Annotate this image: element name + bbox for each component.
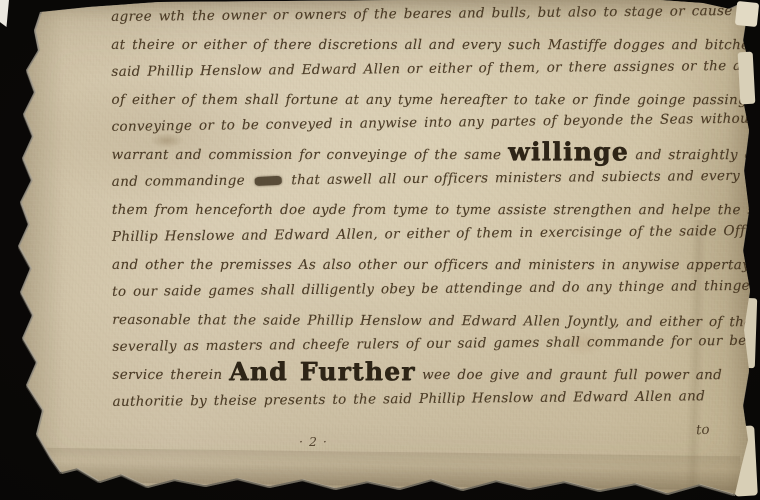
line-text: to our saide games shall dilligently obe… bbox=[112, 278, 757, 300]
manuscript-photo: agree wth the owner or owners of the bea… bbox=[0, 0, 760, 500]
line-text: agree wth the owner or owners of the bea… bbox=[111, 2, 760, 25]
line-text: warrant and commission for conveyinge of… bbox=[112, 146, 508, 162]
paper-surface: agree wth the owner or owners of the bea… bbox=[0, 0, 760, 500]
line-text: and other the premisses As also other ou… bbox=[112, 256, 760, 272]
line-text: at theire or either of there discretions… bbox=[111, 36, 760, 52]
paper-sheet: agree wth the owner or owners of the bea… bbox=[0, 0, 760, 500]
text-line: reasonable that the saide Phillip Henslo… bbox=[112, 311, 760, 330]
text-line: Phillip Henslowe and Edward Allen, or ei… bbox=[112, 223, 760, 246]
text-line: and commandinge that aswell all our offi… bbox=[112, 168, 760, 191]
line-text: and commandinge bbox=[112, 173, 252, 190]
emphasis-word: And Further bbox=[229, 356, 415, 385]
text-line: conveyinge or to be conveyed in anywise … bbox=[111, 110, 760, 136]
manuscript-text: agree wth the owner or owners of the bea… bbox=[0, 0, 760, 500]
line-text: them from henceforth doe ayde from tyme … bbox=[112, 201, 760, 217]
text-line: agree wth the owner or owners of the bea… bbox=[111, 2, 760, 26]
text-line: to our saide games shall dilligently obe… bbox=[112, 278, 757, 301]
line-text: service therein bbox=[112, 366, 229, 382]
text-line: at theire or either of there discretions… bbox=[111, 36, 760, 53]
text-line: warrant and commission for conveyinge of… bbox=[112, 146, 760, 163]
ink-deletion-mark bbox=[254, 176, 281, 186]
line-text: and straightly chargeinge bbox=[629, 147, 760, 163]
line-text: authoritie by theise presents to the sai… bbox=[112, 388, 705, 410]
text-line: authoritie by theise presents to the sai… bbox=[112, 388, 705, 411]
catchword: to bbox=[696, 422, 710, 439]
line-text: that aswell all our officers ministers a… bbox=[285, 168, 760, 189]
paper-tear-fragment bbox=[735, 1, 759, 27]
line-text: of either of them shall fortune at any t… bbox=[111, 91, 760, 107]
text-line: severally as masters and cheefe rulers o… bbox=[112, 333, 760, 356]
line-text: severally as masters and cheefe rulers o… bbox=[112, 333, 760, 355]
paper-tear-fragment bbox=[738, 52, 756, 105]
line-text: wee doe give and graunt full power and bbox=[415, 367, 722, 383]
line-text: conveyinge or to be conveyed in anywise … bbox=[111, 110, 760, 135]
line-text: reasonable that the saide Phillip Henslo… bbox=[112, 311, 760, 329]
emphasis-word: willinge bbox=[508, 137, 629, 166]
text-line: of either of them shall fortune at any t… bbox=[111, 91, 760, 108]
line-text: said Phillip Henslow and Edward Allen or… bbox=[111, 57, 760, 80]
text-line: service therein And Further wee doe give… bbox=[112, 366, 722, 383]
line-text: Phillip Henslowe and Edward Allen, or ei… bbox=[112, 223, 760, 245]
text-line: and other the premisses As also other ou… bbox=[112, 256, 760, 273]
text-line: them from henceforth doe ayde from tyme … bbox=[112, 201, 760, 218]
page-number: 2 bbox=[299, 434, 328, 449]
text-line: said Phillip Henslow and Edward Allen or… bbox=[111, 57, 760, 81]
